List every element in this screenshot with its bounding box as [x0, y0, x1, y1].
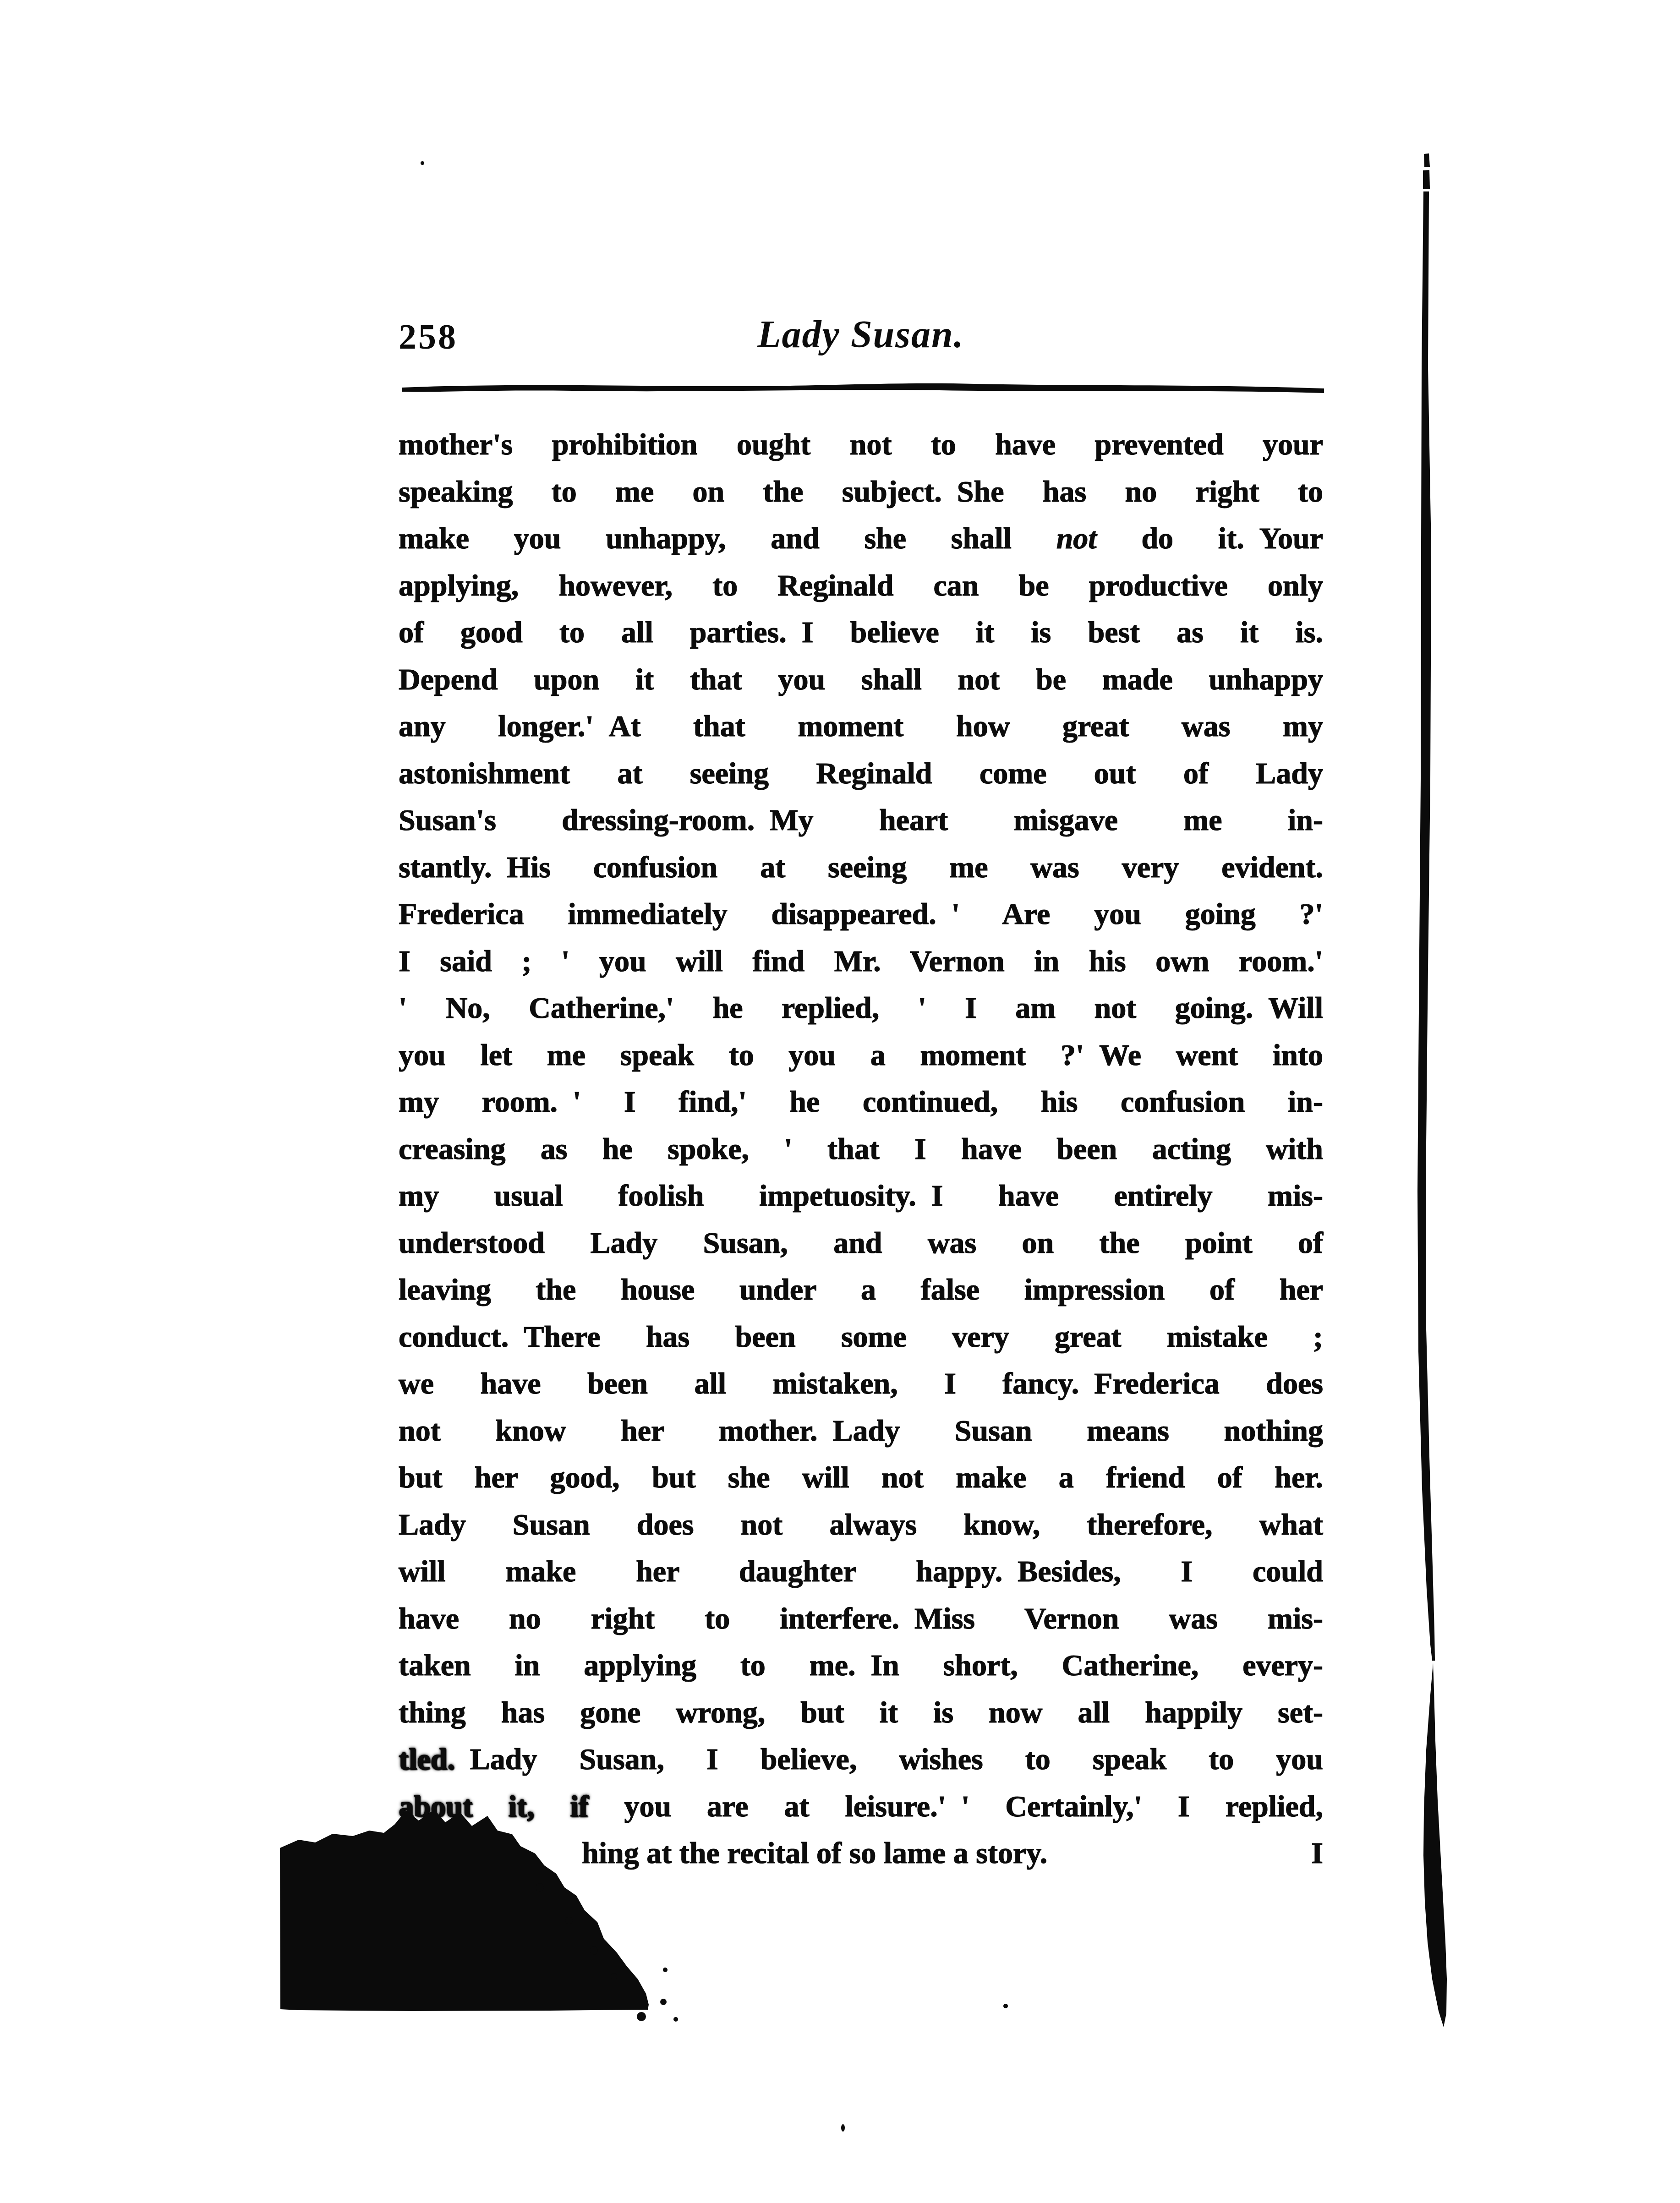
- scanned-book-page: 258 Lady Susan. mother's prohibition oug…: [0, 0, 1680, 2203]
- text-line: thing has gone wrong, but it is now all …: [399, 1689, 1323, 1737]
- text-line: will make her daughter happy. Besides, I…: [399, 1548, 1323, 1596]
- text-line: you let me speak to you a moment ?' We w…: [399, 1032, 1323, 1079]
- text-line: ' No, Catherine,' he replied, ' I am not…: [399, 985, 1323, 1032]
- text-line: we have been all mistaken, I fancy. Fred…: [399, 1361, 1323, 1408]
- text-segment: leaving the house under a false impressi…: [399, 1273, 1323, 1306]
- text-segment: applying, however, to Reginald can be pr…: [399, 569, 1323, 602]
- text-segment: tled.: [399, 1743, 455, 1776]
- text-line: astonishment at seeing Reginald come out…: [399, 750, 1323, 798]
- text-line: Lady Susan does not always know, therefo…: [399, 1502, 1323, 1549]
- blot-covered-gap: [399, 1863, 582, 1863]
- text-segment: ' No, Catherine,' he replied, ' I am not…: [399, 991, 1323, 1025]
- text-segment: will make her daughter happy. Besides, I…: [399, 1555, 1323, 1588]
- text-segment: conduct. There has been some very great …: [399, 1320, 1323, 1354]
- text-segment: about it, if: [399, 1790, 588, 1823]
- text-segment: you are at leisure.' ' Certainly,' I rep…: [588, 1790, 1323, 1823]
- text-segment: astonishment at seeing Reginald come out…: [399, 757, 1323, 790]
- text-line: Depend upon it that you shall not be mad…: [399, 656, 1323, 704]
- text-line: Frederica immediately disappeared. ' Are…: [399, 891, 1323, 938]
- text-line: my usual foolish impetuosity. I have ent…: [399, 1173, 1323, 1220]
- text-line: I said ; ' you will find Mr. Vernon in h…: [399, 938, 1323, 985]
- text-segment: thing has gone wrong, but it is now all …: [399, 1696, 1323, 1729]
- text-line: understood Lady Susan, and was on the po…: [399, 1220, 1323, 1267]
- text-segment: mother's prohibition ought not to have p…: [399, 428, 1323, 461]
- body-text: mother's prohibition ought not to have p…: [399, 421, 1323, 1877]
- speck-dot: [590, 1946, 598, 1955]
- speck-dot: [637, 2012, 646, 2021]
- text-segment: creasing as he spoke, ' that I have been…: [399, 1132, 1323, 1166]
- text-line: tled. Lady Susan, I believe, wishes to s…: [399, 1736, 1323, 1783]
- text-segment: Lady Susan does not always know, therefo…: [399, 1508, 1323, 1542]
- text-line: conduct. There has been some very great …: [399, 1314, 1323, 1361]
- text-segment: not: [1056, 522, 1097, 555]
- text-line: applying, however, to Reginald can be pr…: [399, 563, 1323, 610]
- text-segment: speaking to me on the subject. She has n…: [399, 475, 1323, 508]
- speck-dot: [663, 1968, 668, 1972]
- text-segment: make you unhappy, and she shall: [399, 522, 1056, 555]
- text-line: of good to all parties. I believe it is …: [399, 609, 1323, 656]
- text-line: leaving the house under a false impressi…: [399, 1267, 1323, 1314]
- text-line: hing at the recital of so lame a story.I: [399, 1830, 1323, 1877]
- text-line: not know her mother. Lady Susan means no…: [399, 1408, 1323, 1455]
- text-segment: have no right to interfere. Miss Vernon …: [399, 1602, 1323, 1635]
- text-line: but her good, but she will not make a fr…: [399, 1454, 1323, 1502]
- text-segment: my usual foolish impetuosity. I have ent…: [399, 1179, 1323, 1213]
- scan-streak: [1424, 153, 1430, 167]
- text-line: any longer.' At that moment how great wa…: [399, 703, 1323, 750]
- text-segment: Frederica immediately disappeared. ' Are…: [399, 897, 1323, 931]
- line-end-word: I: [1311, 1830, 1323, 1877]
- text-segment: of good to all parties. I believe it is …: [399, 616, 1323, 649]
- text-line: my room. ' I find,' he continued, his co…: [399, 1079, 1323, 1126]
- text-segment: any longer.' At that moment how great wa…: [399, 710, 1323, 743]
- text-segment: you let me speak to you a moment ?' We w…: [399, 1039, 1323, 1072]
- text-line: have no right to interfere. Miss Vernon …: [399, 1596, 1323, 1643]
- speck-dot: [673, 2017, 678, 2022]
- scan-streak: [1417, 191, 1435, 1661]
- text-segment: stantly. His confusion at seeing me was …: [399, 851, 1323, 884]
- speck-dot: [565, 1917, 573, 1924]
- text-line: stantly. His confusion at seeing me was …: [399, 844, 1323, 891]
- speck-dot: [421, 161, 424, 165]
- text-segment: we have been all mistaken, I fancy. Fred…: [399, 1367, 1323, 1400]
- speck-dot: [841, 2124, 845, 2132]
- text-segment: not know her mother. Lady Susan means no…: [399, 1414, 1323, 1448]
- text-segment: do it. Your: [1097, 522, 1323, 555]
- text-segment: Depend upon it that you shall not be mad…: [399, 663, 1323, 696]
- text-line: taken in applying to me. In short, Cathe…: [399, 1642, 1323, 1689]
- speck-dot: [611, 1973, 617, 1979]
- scan-streak: [1423, 170, 1430, 189]
- scan-streak: [1423, 1663, 1447, 2027]
- text-segment: hing at the recital of so lame a story.: [582, 1837, 1047, 1870]
- speck-dot: [1003, 2004, 1008, 2008]
- text-line: creasing as he spoke, ' that I have been…: [399, 1126, 1323, 1173]
- speck-dot: [660, 1999, 667, 2005]
- text-line: Susan's dressing-room. My heart misgave …: [399, 797, 1323, 844]
- text-segment: Susan's dressing-room. My heart misgave …: [399, 804, 1323, 837]
- header-rule: [402, 383, 1324, 393]
- text-segment: I said ; ' you will find Mr. Vernon in h…: [399, 945, 1323, 978]
- speck-dot: [536, 1883, 544, 1891]
- running-title: Lady Susan.: [399, 312, 1323, 357]
- text-line: about it, if you are at leisure.' ' Cert…: [399, 1783, 1323, 1831]
- text-line: mother's prohibition ought not to have p…: [399, 421, 1323, 469]
- text-segment: understood Lady Susan, and was on the po…: [399, 1226, 1323, 1260]
- text-segment: but her good, but she will not make a fr…: [399, 1461, 1323, 1494]
- text-line: make you unhappy, and she shall not do i…: [399, 515, 1323, 563]
- text-segment: Lady Susan, I believe, wishes to speak t…: [455, 1743, 1323, 1776]
- text-segment: my room. ' I find,' he continued, his co…: [399, 1085, 1323, 1119]
- text-segment: taken in applying to me. In short, Cathe…: [399, 1649, 1323, 1682]
- text-line: speaking to me on the subject. She has n…: [399, 469, 1323, 516]
